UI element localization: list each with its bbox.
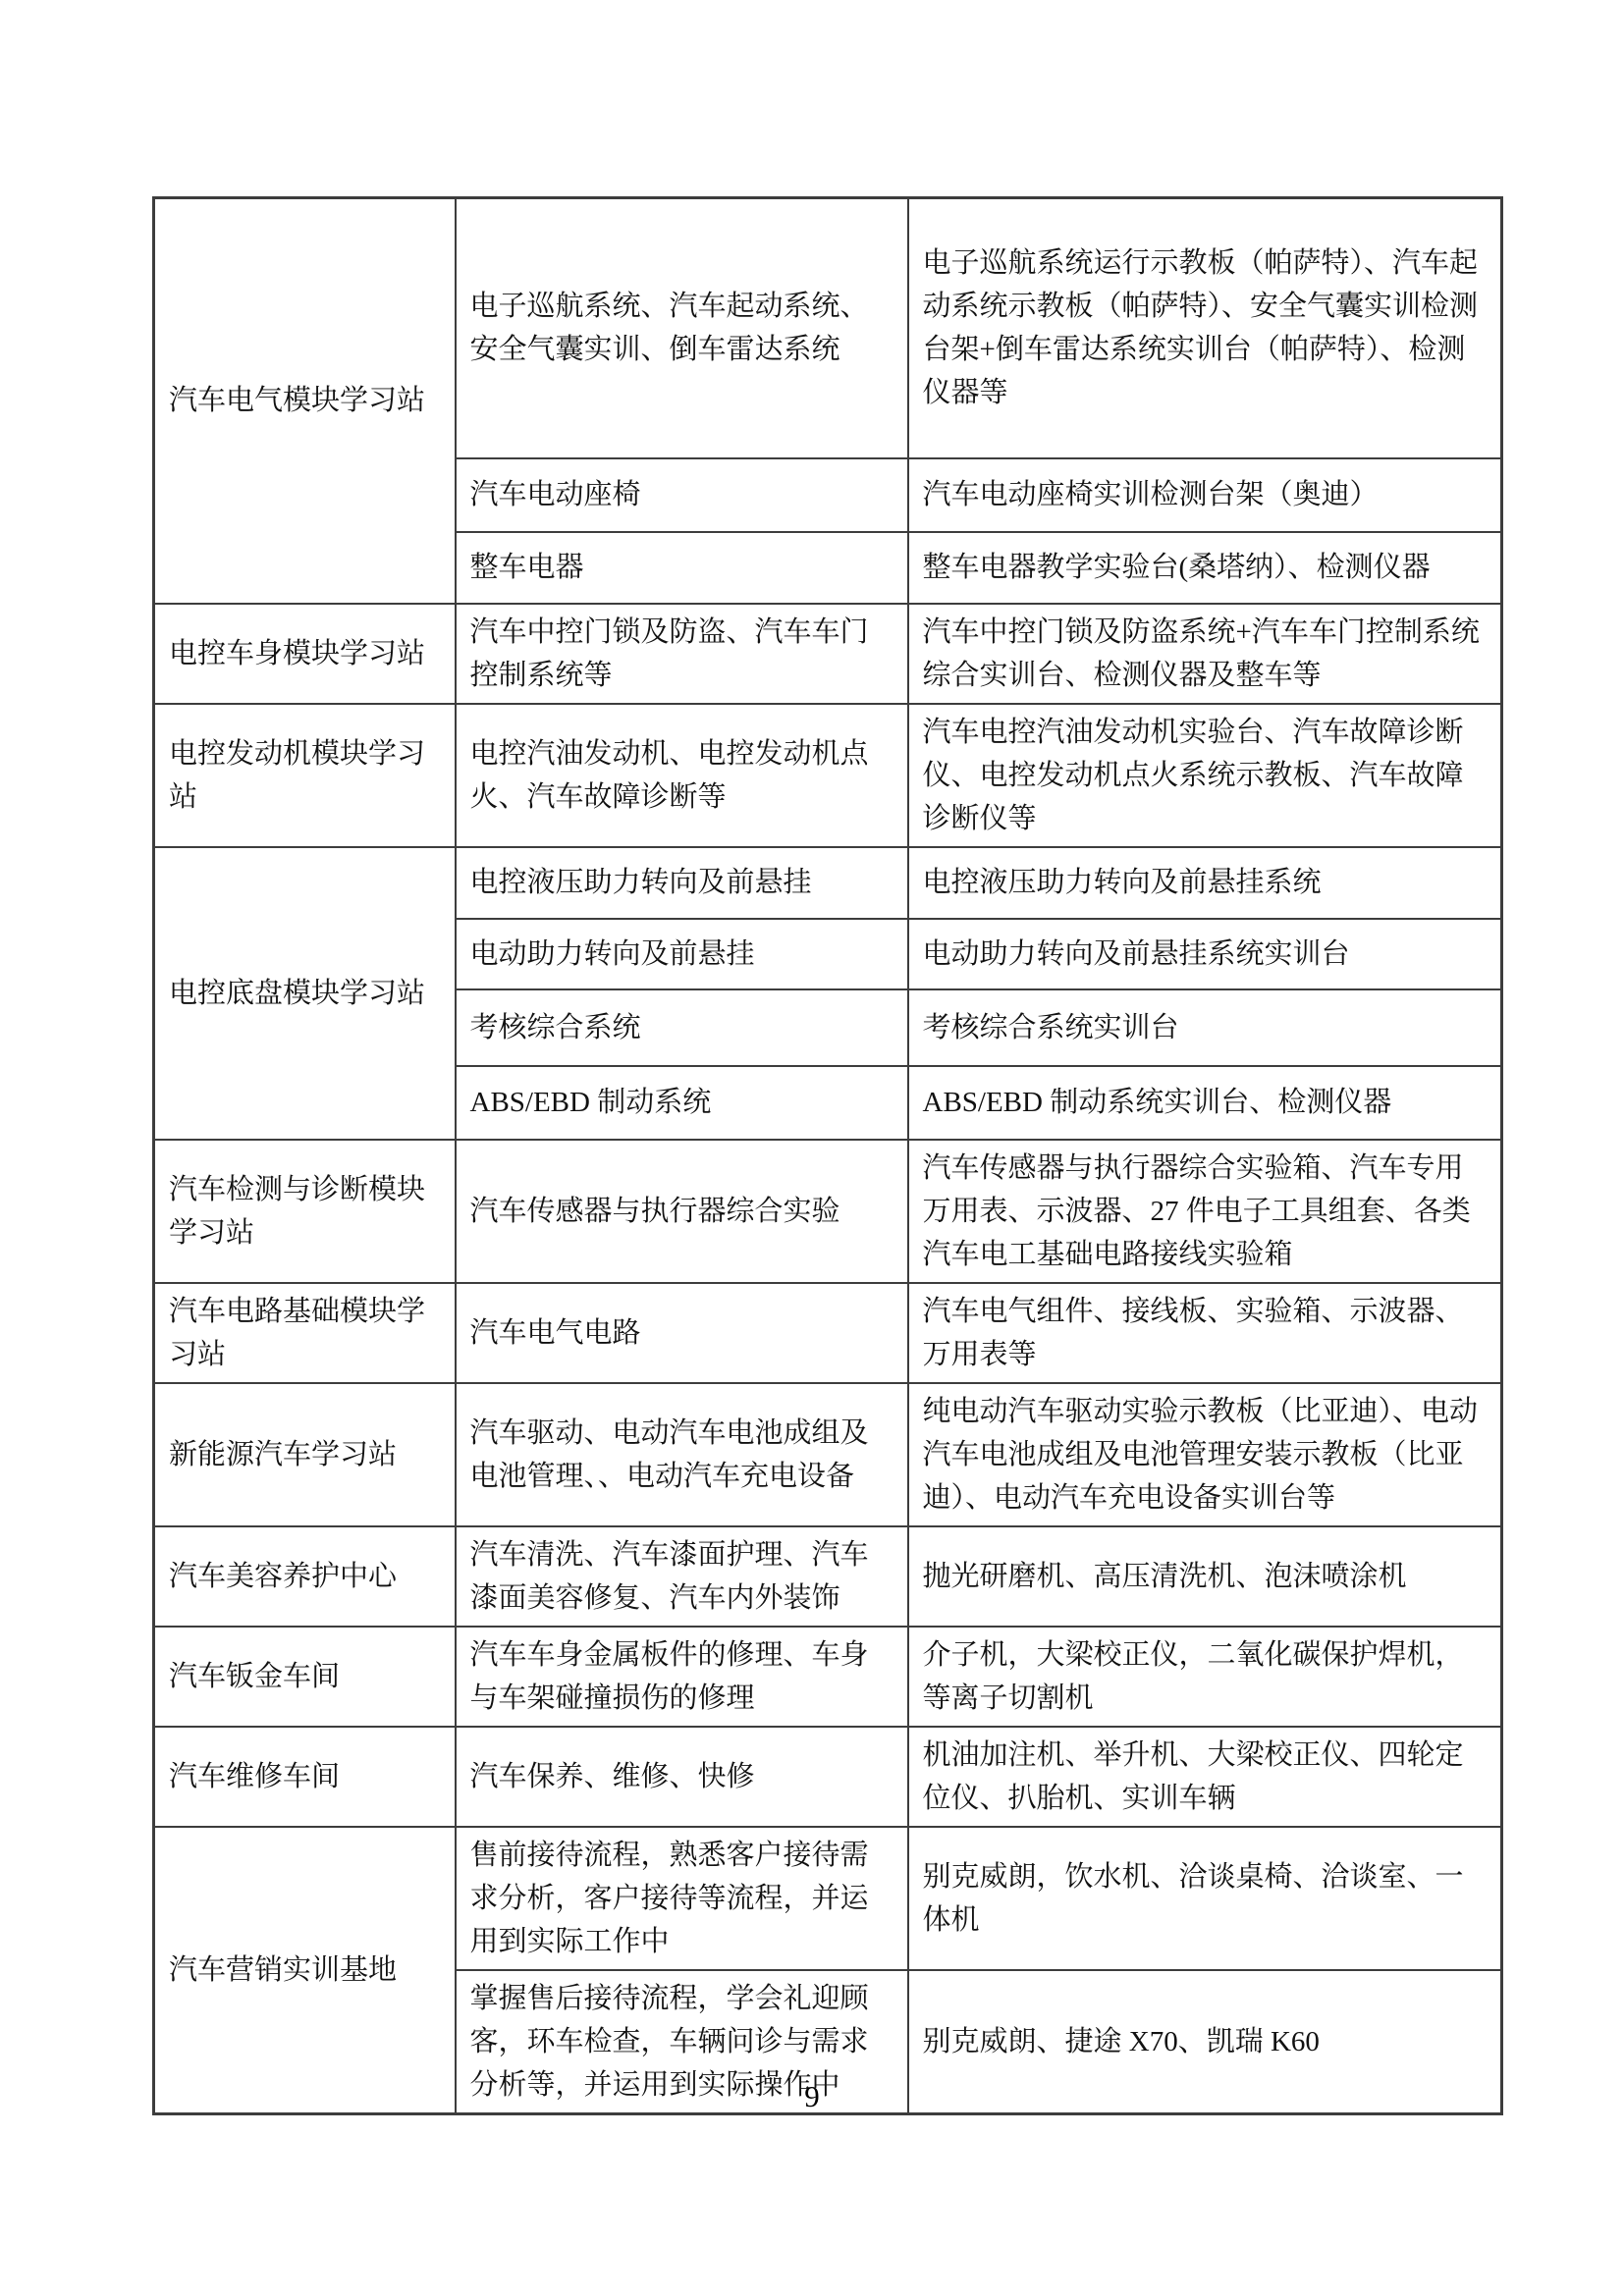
equipment-cell: 电动助力转向及前悬挂系统实训台 [908, 919, 1502, 989]
table-row: 电控车身模块学习站 汽车中控门锁及防盗、汽车车门控制系统等 汽车中控门锁及防盗系… [154, 604, 1502, 704]
training-cell: ABS/EBD 制动系统 [456, 1066, 908, 1140]
equipment-cell: 整车电器教学实验台(桑塔纳）、检测仪器 [908, 532, 1502, 604]
table-row: 汽车检测与诊断模块学习站 汽车传感器与执行器综合实验 汽车传感器与执行器综合实验… [154, 1140, 1502, 1283]
station-cell: 汽车营销实训基地 [154, 1827, 456, 2114]
equipment-cell: 电控液压助力转向及前悬挂系统 [908, 847, 1502, 919]
training-stations-table: 汽车电气模块学习站 电子巡航系统、汽车起动系统、安全气囊实训、倒车雷达系统 电子… [152, 196, 1503, 2115]
table-row: 汽车美容养护中心 汽车清洗、汽车漆面护理、汽车漆面美容修复、汽车内外装饰 抛光研… [154, 1526, 1502, 1627]
station-cell: 电控车身模块学习站 [154, 604, 456, 704]
station-cell: 新能源汽车学习站 [154, 1383, 456, 1526]
training-cell: 汽车清洗、汽车漆面护理、汽车漆面美容修复、汽车内外装饰 [456, 1526, 908, 1627]
station-cell: 汽车维修车间 [154, 1727, 456, 1827]
training-cell: 汽车车身金属板件的修理、车身与车架碰撞损伤的修理 [456, 1627, 908, 1727]
training-cell: 考核综合系统 [456, 989, 908, 1066]
station-cell: 汽车钣金车间 [154, 1627, 456, 1727]
station-cell: 电控底盘模块学习站 [154, 847, 456, 1140]
equipment-cell: 抛光研磨机、高压清洗机、泡沫喷涂机 [908, 1526, 1502, 1627]
station-cell: 汽车电路基础模块学习站 [154, 1283, 456, 1383]
training-cell: 电动助力转向及前悬挂 [456, 919, 908, 989]
table-row: 汽车电气模块学习站 电子巡航系统、汽车起动系统、安全气囊实训、倒车雷达系统 电子… [154, 198, 1502, 458]
table-row: 电控发动机模块学习站 电控汽油发动机、电控发动机点火、汽车故障诊断等 汽车电控汽… [154, 704, 1502, 847]
equipment-cell: 机油加注机、举升机、大梁校正仪、四轮定位仪、扒胎机、实训车辆 [908, 1727, 1502, 1827]
table-row: 新能源汽车学习站 汽车驱动、电动汽车电池成组及电池管理、、电动汽车充电设备 纯电… [154, 1383, 1502, 1526]
station-cell: 汽车检测与诊断模块学习站 [154, 1140, 456, 1283]
training-cell: 汽车保养、维修、快修 [456, 1727, 908, 1827]
table-row: 汽车营销实训基地 售前接待流程，熟悉客户接待需求分析，客户接待等流程，并运用到实… [154, 1827, 1502, 1970]
equipment-cell: 别克威朗，饮水机、洽谈桌椅、洽谈室、一体机 [908, 1827, 1502, 1970]
training-cell: 整车电器 [456, 532, 908, 604]
equipment-cell: 汽车电动座椅实训检测台架（奥迪） [908, 458, 1502, 532]
equipment-cell: ABS/EBD 制动系统实训台、检测仪器 [908, 1066, 1502, 1140]
station-cell: 汽车电气模块学习站 [154, 198, 456, 604]
training-cell: 电控液压助力转向及前悬挂 [456, 847, 908, 919]
equipment-cell: 介子机，大梁校正仪，二氧化碳保护焊机，等离子切割机 [908, 1627, 1502, 1727]
table-row: 汽车电路基础模块学习站 汽车电气电路 汽车电气组件、接线板、实验箱、示波器、万用… [154, 1283, 1502, 1383]
training-cell: 汽车电气电路 [456, 1283, 908, 1383]
training-cell: 汽车电动座椅 [456, 458, 908, 532]
training-cell: 汽车传感器与执行器综合实验 [456, 1140, 908, 1283]
equipment-cell: 纯电动汽车驱动实验示教板（比亚迪）、电动汽车电池成组及电池管理安装示教板（比亚迪… [908, 1383, 1502, 1526]
document-page: 汽车电气模块学习站 电子巡航系统、汽车起动系统、安全气囊实训、倒车雷达系统 电子… [0, 0, 1624, 2296]
training-cell: 汽车驱动、电动汽车电池成组及电池管理、、电动汽车充电设备 [456, 1383, 908, 1526]
station-cell: 电控发动机模块学习站 [154, 704, 456, 847]
equipment-cell: 电子巡航系统运行示教板（帕萨特）、汽车起动系统示教板（帕萨特）、安全气囊实训检测… [908, 198, 1502, 458]
equipment-cell: 汽车中控门锁及防盗系统+汽车车门控制系统综合实训台、检测仪器及整车等 [908, 604, 1502, 704]
equipment-cell: 汽车电气组件、接线板、实验箱、示波器、万用表等 [908, 1283, 1502, 1383]
station-cell: 汽车美容养护中心 [154, 1526, 456, 1627]
equipment-cell: 汽车电控汽油发动机实验台、汽车故障诊断仪、电控发动机点火系统示教板、汽车故障诊断… [908, 704, 1502, 847]
table-row: 电控底盘模块学习站 电控液压助力转向及前悬挂 电控液压助力转向及前悬挂系统 [154, 847, 1502, 919]
table-row: 汽车钣金车间 汽车车身金属板件的修理、车身与车架碰撞损伤的修理 介子机，大梁校正… [154, 1627, 1502, 1727]
equipment-cell: 考核综合系统实训台 [908, 989, 1502, 1066]
training-cell: 电控汽油发动机、电控发动机点火、汽车故障诊断等 [456, 704, 908, 847]
training-cell: 售前接待流程，熟悉客户接待需求分析，客户接待等流程，并运用到实际工作中 [456, 1827, 908, 1970]
page-number: 9 [0, 2079, 1624, 2114]
equipment-cell: 汽车传感器与执行器综合实验箱、汽车专用万用表、示波器、27 件电子工具组套、各类… [908, 1140, 1502, 1283]
training-cell: 汽车中控门锁及防盗、汽车车门控制系统等 [456, 604, 908, 704]
training-cell: 电子巡航系统、汽车起动系统、安全气囊实训、倒车雷达系统 [456, 198, 908, 458]
table-row: 汽车维修车间 汽车保养、维修、快修 机油加注机、举升机、大梁校正仪、四轮定位仪、… [154, 1727, 1502, 1827]
